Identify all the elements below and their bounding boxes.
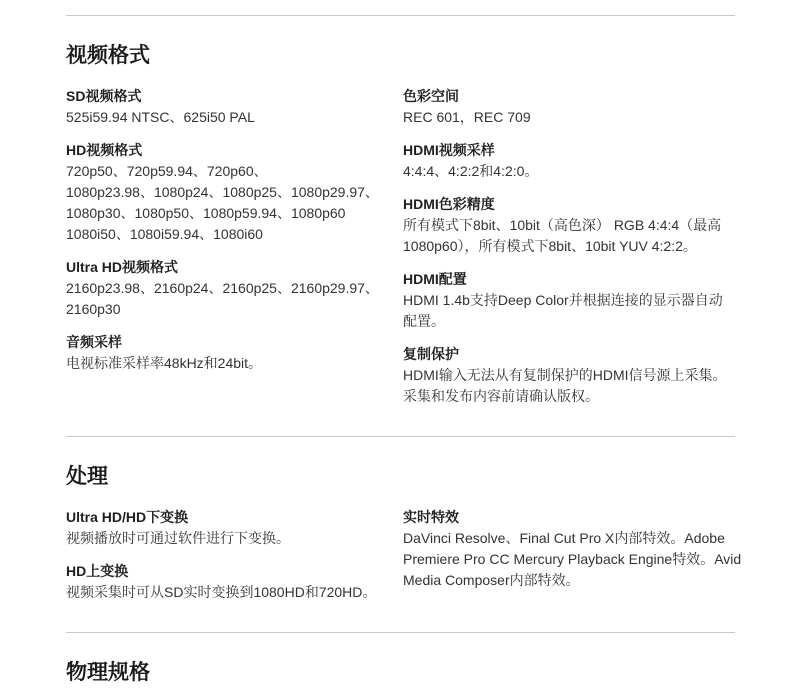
spec-label: Ultra HD/HD下变换 bbox=[66, 507, 398, 528]
spec-value: HDMI输入无法从有复制保护的HDMI信号源上采集。 采集和发布内容前请确认版权… bbox=[403, 365, 735, 407]
spec-item-hdmi-color-precision: HDMI色彩精度 所有模式下8bit、10bit（高色深） RGB 4:4:4（… bbox=[403, 194, 735, 257]
section-video-formats: 视频格式 SD视频格式 525i59.94 NTSC、625i50 PAL HD… bbox=[66, 44, 735, 436]
spec-item-copy-protection: 复制保护 HDMI输入无法从有复制保护的HDMI信号源上采集。 采集和发布内容前… bbox=[403, 344, 735, 407]
spec-value: 525i59.94 NTSC、625i50 PAL bbox=[66, 107, 398, 128]
section-physical-specs: 物理规格 bbox=[66, 661, 735, 685]
spec-label: 色彩空间 bbox=[403, 86, 735, 107]
spec-value: 2160p23.98、2160p24、2160p25、2160p29.97、 2… bbox=[66, 278, 398, 320]
section-title-processing: 处理 bbox=[66, 465, 735, 489]
spec-item-realtime-effects: 实时特效 DaVinci Resolve、Final Cut Pro X内部特效… bbox=[403, 507, 735, 591]
section-divider bbox=[66, 15, 735, 16]
spec-label: HDMI配置 bbox=[403, 269, 735, 290]
spec-label: Ultra HD视频格式 bbox=[66, 257, 398, 278]
section-divider bbox=[66, 632, 735, 633]
section-title-video-formats: 视频格式 bbox=[66, 44, 735, 68]
section-divider bbox=[66, 436, 735, 437]
spec-item-hdmi-configuration: HDMI配置 HDMI 1.4b支持Deep Color并根据连接的显示器自动 … bbox=[403, 269, 735, 332]
spec-label: 实时特效 bbox=[403, 507, 735, 528]
video-formats-left-column: SD视频格式 525i59.94 NTSC、625i50 PAL HD视频格式 … bbox=[66, 86, 398, 419]
processing-left-column: Ultra HD/HD下变换 视频播放时可通过软件进行下变换。 HD上变换 视频… bbox=[66, 507, 398, 615]
spec-page: 视频格式 SD视频格式 525i59.94 NTSC、625i50 PAL HD… bbox=[0, 15, 790, 685]
video-formats-columns: SD视频格式 525i59.94 NTSC、625i50 PAL HD视频格式 … bbox=[66, 86, 735, 419]
spec-label: SD视频格式 bbox=[66, 86, 398, 107]
spec-item-hdmi-video-sampling: HDMI视频采样 4:4:4、4:2:2和4:2:0。 bbox=[403, 140, 735, 182]
spec-label: HD视频格式 bbox=[66, 140, 398, 161]
spec-label: HDMI视频采样 bbox=[403, 140, 735, 161]
video-formats-right-column: 色彩空间 REC 601，REC 709 HDMI视频采样 4:4:4、4:2:… bbox=[403, 86, 735, 419]
spec-item-up-conversion: HD上变换 视频采集时可从SD实时变换到1080HD和720HD。 bbox=[66, 561, 398, 603]
spec-value: 视频播放时可通过软件进行下变换。 bbox=[66, 528, 398, 549]
section-title-physical-specs: 物理规格 bbox=[66, 661, 735, 685]
spec-item-audio-sampling: 音频采样 电视标准采样率48kHz和24bit。 bbox=[66, 332, 398, 374]
spec-item-color-space: 色彩空间 REC 601，REC 709 bbox=[403, 86, 735, 128]
spec-value: 所有模式下8bit、10bit（高色深） RGB 4:4:4（最高 1080p6… bbox=[403, 215, 735, 257]
spec-value: 电视标准采样率48kHz和24bit。 bbox=[66, 353, 398, 374]
spec-item-down-conversion: Ultra HD/HD下变换 视频播放时可通过软件进行下变换。 bbox=[66, 507, 398, 549]
spec-value: 视频采集时可从SD实时变换到1080HD和720HD。 bbox=[66, 582, 398, 603]
section-processing: 处理 Ultra HD/HD下变换 视频播放时可通过软件进行下变换。 HD上变换… bbox=[66, 465, 735, 632]
spec-label: 音频采样 bbox=[66, 332, 398, 353]
spec-value: DaVinci Resolve、Final Cut Pro X内部特效。Adob… bbox=[403, 528, 735, 591]
spec-label: HD上变换 bbox=[66, 561, 398, 582]
processing-right-column: 实时特效 DaVinci Resolve、Final Cut Pro X内部特效… bbox=[403, 507, 735, 615]
spec-value: REC 601，REC 709 bbox=[403, 107, 735, 128]
processing-columns: Ultra HD/HD下变换 视频播放时可通过软件进行下变换。 HD上变换 视频… bbox=[66, 507, 735, 615]
spec-label: HDMI色彩精度 bbox=[403, 194, 735, 215]
spec-item-ultra-hd-video-formats: Ultra HD视频格式 2160p23.98、2160p24、2160p25、… bbox=[66, 257, 398, 320]
spec-label: 复制保护 bbox=[403, 344, 735, 365]
spec-value: 4:4:4、4:2:2和4:2:0。 bbox=[403, 161, 735, 182]
spec-item-sd-video-formats: SD视频格式 525i59.94 NTSC、625i50 PAL bbox=[66, 86, 398, 128]
spec-value: 720p50、720p59.94、720p60、 1080p23.98、1080… bbox=[66, 161, 398, 245]
spec-item-hd-video-formats: HD视频格式 720p50、720p59.94、720p60、 1080p23.… bbox=[66, 140, 398, 245]
spec-value: HDMI 1.4b支持Deep Color并根据连接的显示器自动 配置。 bbox=[403, 290, 735, 332]
